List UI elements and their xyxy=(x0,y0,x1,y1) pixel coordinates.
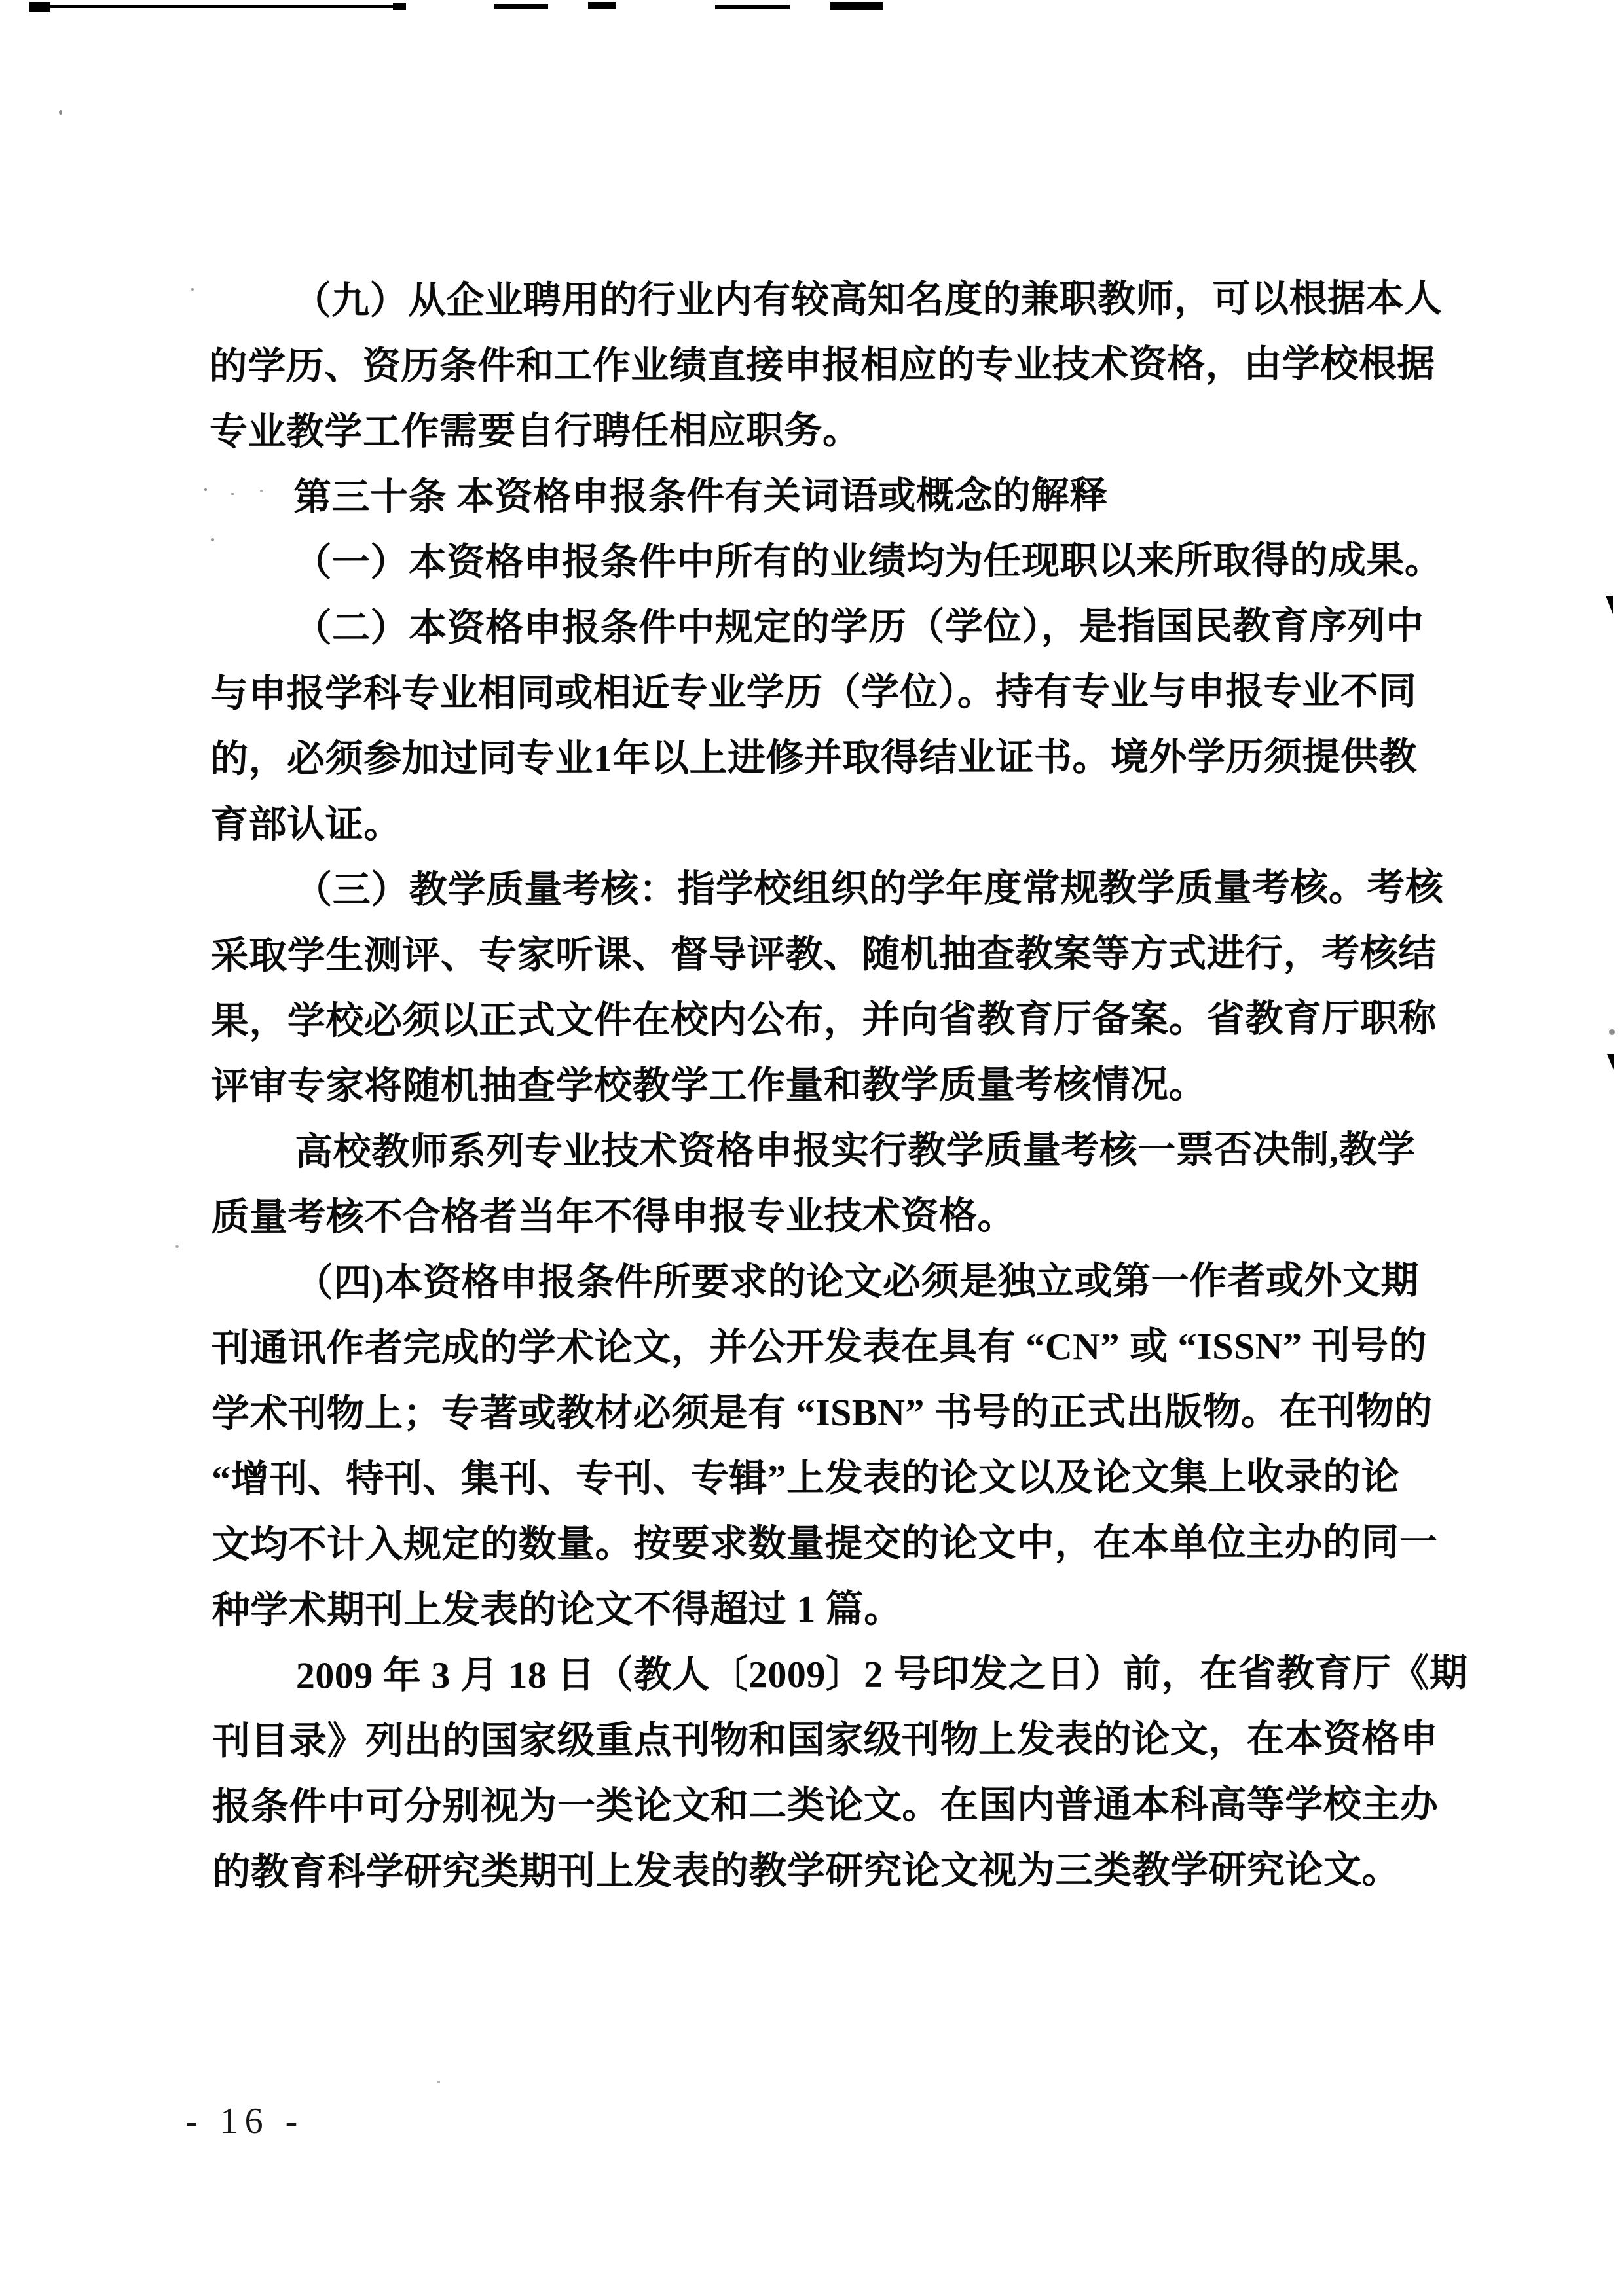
paragraph: 第三十条 本资格申报条件有关词语或概念的解释 xyxy=(210,462,1441,530)
scan-artifact xyxy=(393,3,406,10)
document-line: 第三十条 本资格申报条件有关词语或概念的解释 xyxy=(210,462,1441,530)
document-line: 种学术期刊上发表的论文不得超过 1 篇。 xyxy=(212,1575,1443,1643)
document-line: 刊通讯作者完成的学术论文，并公开发表在具有 “CN” 或 “ISSN” 刊号的 xyxy=(212,1313,1443,1381)
document-line: 评审专家将随机抽查学校教学工作量和教学质量考核情况。 xyxy=(211,1051,1442,1120)
scan-artifact xyxy=(1607,1054,1614,1070)
document-line: 的教育科学研究类期刊上发表的教学研究论文视为三类教学研究论文。 xyxy=(212,1837,1443,1905)
document-line: 学术刊物上；专著或教材必须是有 “ISBN” 书号的正式出版物。在刊物的 xyxy=(212,1379,1443,1447)
scan-artifact xyxy=(29,2,50,12)
document-line: （三）教学质量考核：指学校组织的学年度常规教学质量考核。考核 xyxy=(210,855,1441,923)
document-line: 专业教学工作需要自行聘任相应职务。 xyxy=(210,397,1441,465)
scan-speck xyxy=(175,1245,179,1248)
document-line: “增刊、特刊、集刊、专刊、专辑”上发表的论文以及论文集上收录的论 xyxy=(212,1444,1443,1512)
document-line: （一）本资格申报条件中所有的业绩均为任现职以来所取得的成果。 xyxy=(210,528,1441,596)
paragraph: （一）本资格申报条件中所有的业绩均为任现职以来所取得的成果。 xyxy=(210,528,1441,596)
page-number: - 16 - xyxy=(185,2100,304,2142)
document-line: 高校教师系列专业技术资格申报实行教学质量考核一票否决制,教学 xyxy=(211,1117,1442,1185)
document-line: （二）本资格申报条件中规定的学历（学位），是指国民教育序列中 xyxy=(210,593,1441,661)
scan-speck xyxy=(191,288,194,291)
scan-speck xyxy=(59,110,62,115)
document-line: 文均不计入规定的数量。按要求数量提交的论文中，在本单位主办的同一 xyxy=(212,1510,1443,1578)
scan-speck xyxy=(437,2081,440,2083)
document-line: 报条件中可分别视为一类论文和二类论文。在国内普通本科高等学校主办 xyxy=(212,1772,1443,1840)
paragraph: （四)本资格申报条件所要求的论文必须是独立或第一作者或外文期 刊通讯作者完成的学… xyxy=(212,1248,1443,1643)
scan-speck xyxy=(204,488,207,491)
scan-artifact xyxy=(588,2,616,9)
document-line: （四)本资格申报条件所要求的论文必须是独立或第一作者或外文期 xyxy=(212,1248,1443,1316)
document-line: 育部认证。 xyxy=(210,790,1441,858)
paragraph: （二）本资格申报条件中规定的学历（学位），是指国民教育序列中 与申报学科专业相同… xyxy=(210,593,1441,858)
paragraph: （九）从企业聘用的行业内有较高知名度的兼职教师，可以根据本人 的学历、资历条件和… xyxy=(209,266,1441,465)
paragraph: 高校教师系列专业技术资格申报实行教学质量考核一票否决制,教学 质量考核不合格者当… xyxy=(211,1117,1442,1250)
document-text-block: （九）从企业聘用的行业内有较高知名度的兼职教师，可以根据本人 的学历、资历条件和… xyxy=(209,266,1443,1905)
document-line: 与申报学科专业相同或相近专业学历（学位）。持有专业与申报专业不同 xyxy=(210,659,1441,727)
document-line: 2009 年 3 月 18 日（教人〔2009〕2 号印发之日）前，在省教育厅《… xyxy=(212,1641,1443,1709)
scan-artifact xyxy=(50,5,394,8)
document-line: 刊目录》列出的国家级重点刊物和国家级刊物上发表的论文，在本资格申 xyxy=(212,1706,1443,1774)
paragraph: （三）教学质量考核：指学校组织的学年度常规教学质量考核。考核 采取学生测评、专家… xyxy=(210,855,1442,1120)
scan-artifact xyxy=(494,4,548,9)
document-line: 的学历、资历条件和工作业绩直接申报相应的专业技术资格，由学校根据 xyxy=(210,331,1441,399)
document-line: 的，必须参加过同专业1年以上进修并取得结业证书。境外学历须提供教 xyxy=(210,724,1441,792)
scan-artifact xyxy=(830,2,883,10)
document-line: 果，学校必须以正式文件在校内公布，并向省教育厅备案。省教育厅职称 xyxy=(211,986,1442,1054)
document-line: 质量考核不合格者当年不得申报专业技术资格。 xyxy=(211,1182,1442,1250)
scan-artifact xyxy=(1609,1029,1615,1035)
paragraph: 2009 年 3 月 18 日（教人〔2009〕2 号印发之日）前，在省教育厅《… xyxy=(212,1641,1444,1905)
document-line: 采取学生测评、专家听课、督导评教、随机抽查教案等方式进行，考核结 xyxy=(210,920,1441,989)
document-page: （九）从企业聘用的行业内有较高知名度的兼职教师，可以根据本人 的学历、资历条件和… xyxy=(0,0,1624,2296)
document-line: （九）从企业聘用的行业内有较高知名度的兼职教师，可以根据本人 xyxy=(209,266,1440,334)
scan-artifact xyxy=(1606,596,1613,614)
scan-artifact xyxy=(715,5,790,9)
